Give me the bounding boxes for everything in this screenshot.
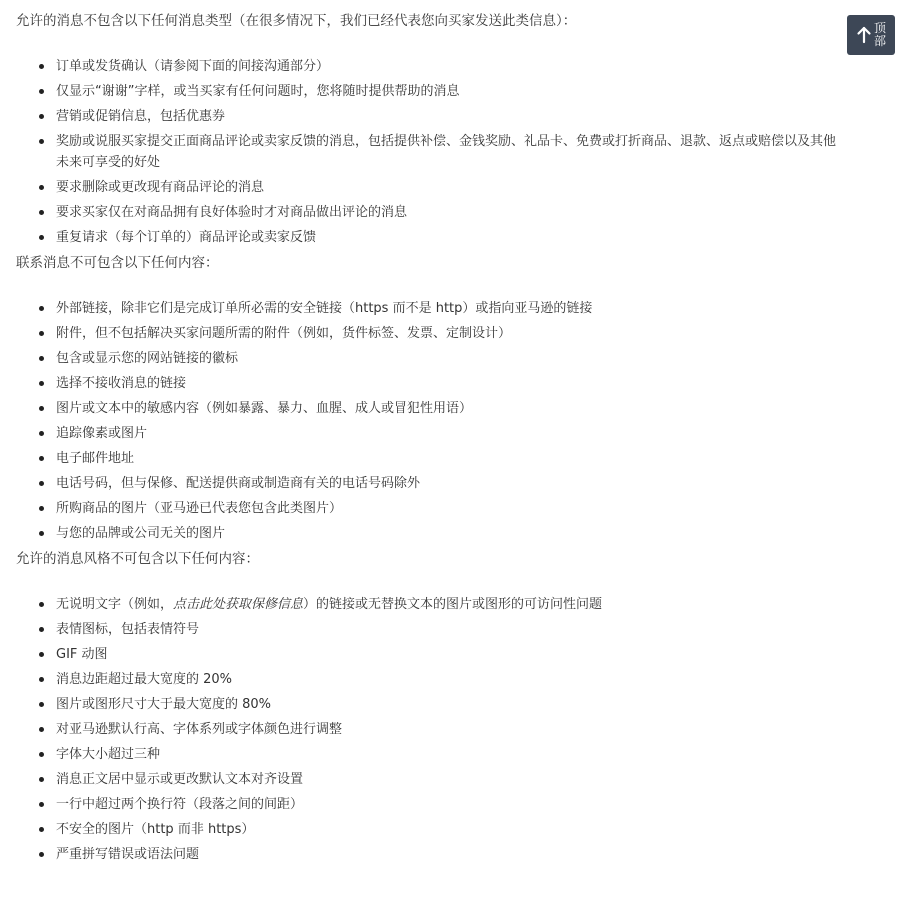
- list-item: 外部链接，除非它们是完成订单所必需的安全链接（https 而不是 http）或指…: [16, 298, 846, 319]
- list-item: 订单或发货确认（请参阅下面的间接沟通部分）: [16, 56, 846, 77]
- list-item-accessibility: 无说明文字（例如，点击此处获取保修信息）的链接或无替换文本的图片或图形的可访问性…: [16, 594, 846, 615]
- section-heading-contact-content: 联系消息不可包含以下任何内容：: [16, 252, 846, 274]
- back-to-top-button[interactable]: 顶部: [847, 15, 895, 55]
- list-item: 对亚马逊默认行高、字体系列或字体颜色进行调整: [16, 719, 846, 740]
- item-prefix: 无说明文字（例如，: [56, 597, 173, 612]
- prohibited-message-style-list: 无说明文字（例如，点击此处获取保修信息）的链接或无替换文本的图片或图形的可访问性…: [16, 594, 846, 865]
- list-item: 所购商品的图片（亚马逊已代表您包含此类图片）: [16, 498, 846, 519]
- arrow-up-icon: [856, 26, 872, 44]
- list-item: 包含或显示您的网站链接的徽标: [16, 348, 846, 369]
- prohibited-contact-content-list: 外部链接，除非它们是完成订单所必需的安全链接（https 而不是 http）或指…: [16, 298, 846, 544]
- policy-content: 允许的消息不包含以下任何消息类型（在很多情况下，我们已经代表您向买家发送此类信息…: [16, 10, 846, 869]
- list-item: 表情图标，包括表情符号: [16, 619, 846, 640]
- list-item: 仅显示“谢谢”字样，或当买家有任何问题时，您将随时提供帮助的消息: [16, 81, 846, 102]
- list-item: 重复请求（每个订单的）商品评论或卖家反馈: [16, 227, 846, 248]
- example-link-text: 点击此处获取保修信息: [173, 597, 303, 612]
- list-item: 与您的品牌或公司无关的图片: [16, 523, 846, 544]
- list-item: 要求删除或更改现有商品评论的消息: [16, 177, 846, 198]
- list-item: 图片或文本中的敏感内容（例如暴露、暴力、血腥、成人或冒犯性用语）: [16, 398, 846, 419]
- section-heading-message-types: 允许的消息不包含以下任何消息类型（在很多情况下，我们已经代表您向买家发送此类信息…: [16, 10, 846, 32]
- list-item: 消息边距超过最大宽度的 20%: [16, 669, 846, 690]
- list-item: 附件，但不包括解决买家问题所需的附件（例如，货件标签、发票、定制设计）: [16, 323, 846, 344]
- list-item: 电话号码，但与保修、配送提供商或制造商有关的电话号码除外: [16, 473, 846, 494]
- list-item: 一行中超过两个换行符（段落之间的间距）: [16, 794, 846, 815]
- list-item: 电子邮件地址: [16, 448, 846, 469]
- list-item: 要求买家仅在对商品拥有良好体验时才对商品做出评论的消息: [16, 202, 846, 223]
- list-item: 字体大小超过三种: [16, 744, 846, 765]
- list-item: 消息正文居中显示或更改默认文本对齐设置: [16, 769, 846, 790]
- section-heading-message-style: 允许的消息风格不可包含以下任何内容：: [16, 548, 846, 570]
- prohibited-message-types-list: 订单或发货确认（请参阅下面的间接沟通部分） 仅显示“谢谢”字样，或当买家有任何问…: [16, 56, 846, 248]
- list-item: 营销或促销信息，包括优惠券: [16, 106, 846, 127]
- list-item: 追踪像素或图片: [16, 423, 846, 444]
- back-to-top-label: 顶部: [874, 22, 887, 48]
- list-item: 奖励或说服买家提交正面商品评论或卖家反馈的消息，包括提供补偿、金钱奖励、礼品卡、…: [16, 131, 846, 173]
- item-suffix: ）的链接或无替换文本的图片或图形的可访问性问题: [303, 597, 602, 612]
- list-item: 图片或图形尺寸大于最大宽度的 80%: [16, 694, 846, 715]
- list-item: GIF 动图: [16, 644, 846, 665]
- list-item: 选择不接收消息的链接: [16, 373, 846, 394]
- list-item: 严重拼写错误或语法问题: [16, 844, 846, 865]
- list-item: 不安全的图片（http 而非 https）: [16, 819, 846, 840]
